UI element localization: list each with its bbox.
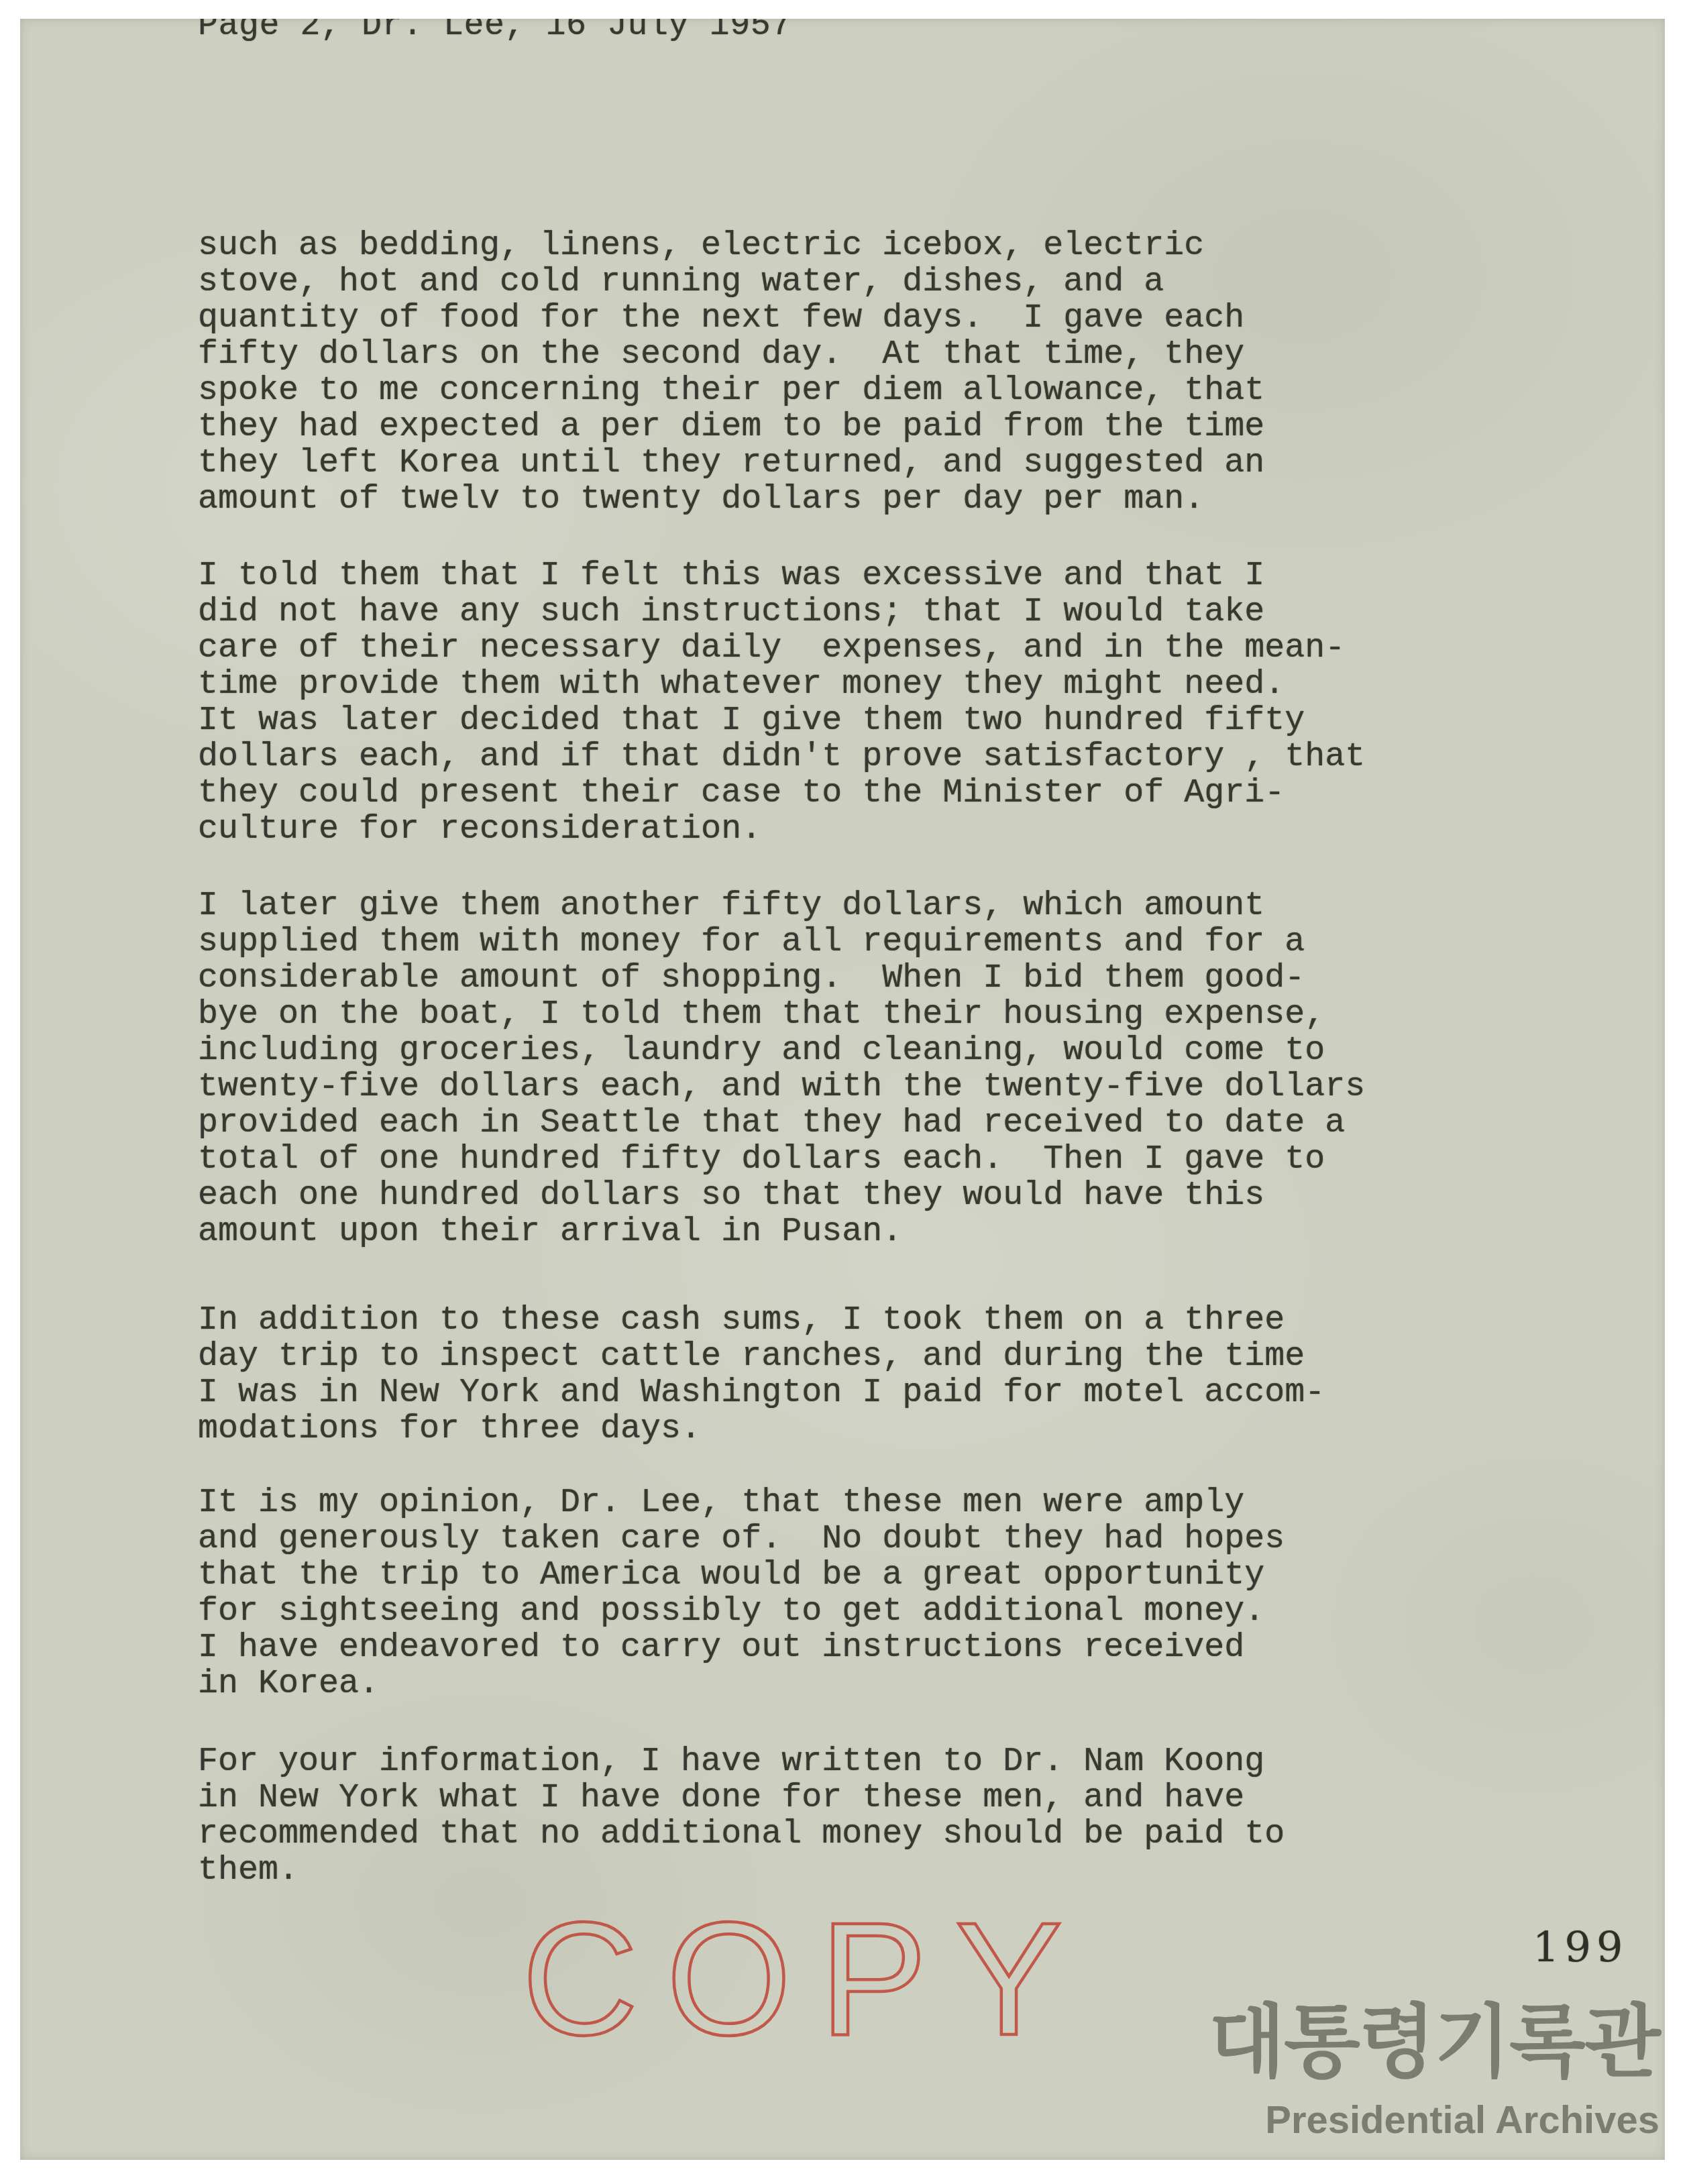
paragraph-1: such as bedding, linens, electric icebox…: [198, 228, 1446, 518]
paragraph-2: I told them that I felt this was excessi…: [198, 558, 1446, 848]
archive-korean-wordmark: 대통령기록관: [1209, 1999, 1659, 2086]
archive-english-wordmark: Presidential Archives: [1209, 2101, 1659, 2140]
letter-page: Page 2, Dr. Lee, 16 July 1957 such as be…: [20, 19, 1665, 2160]
document-scan: Page 2, Dr. Lee, 16 July 1957 such as be…: [0, 0, 1689, 2184]
paragraph-3: I later give them another fifty dollars,…: [198, 888, 1446, 1250]
paragraph-5: It is my opinion, Dr. Lee, that these me…: [198, 1485, 1446, 1702]
copy-stamp: COPY: [522, 1898, 1091, 2059]
archive-watermark: 대통령기록관 Presidential Archives: [1209, 1999, 1659, 2140]
page-header: Page 2, Dr. Lee, 16 July 1957: [198, 19, 792, 44]
paragraph-6: For your information, I have written to …: [198, 1744, 1446, 1889]
letter-body: such as bedding, linens, electric icebox…: [198, 228, 1446, 1929]
paragraph-4: In addition to these cash sums, I took t…: [198, 1303, 1446, 1448]
page-number: 199: [1533, 1922, 1628, 1971]
